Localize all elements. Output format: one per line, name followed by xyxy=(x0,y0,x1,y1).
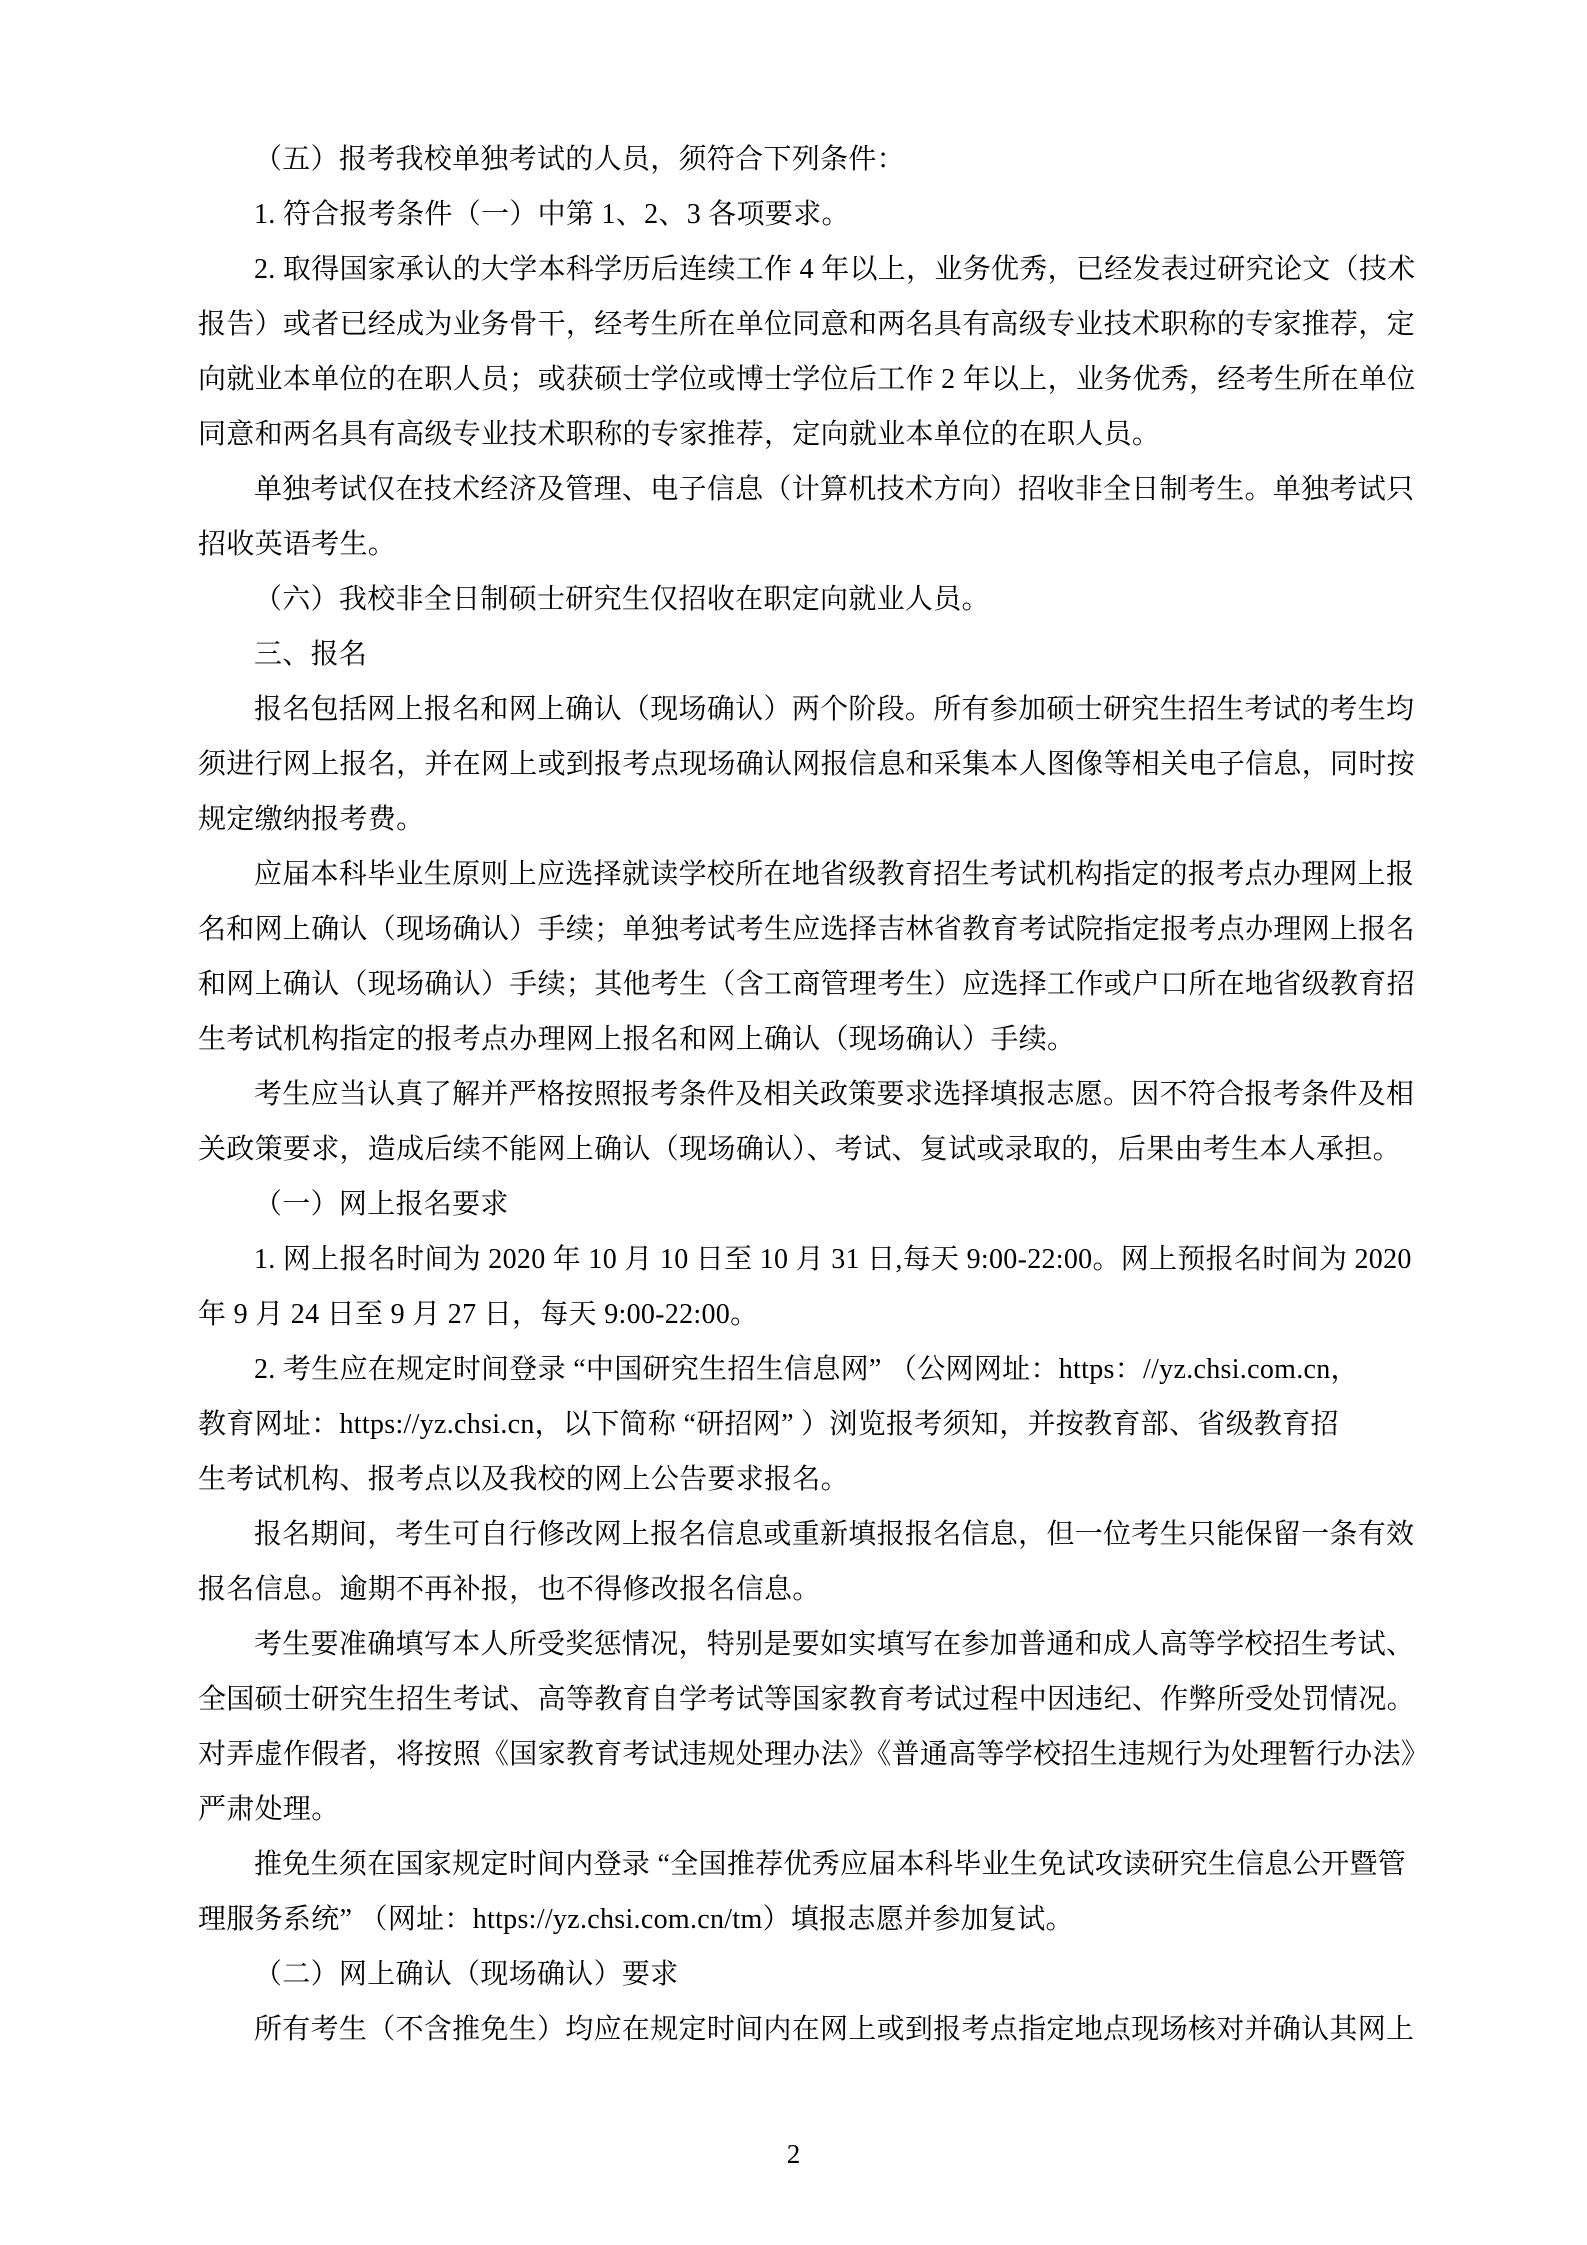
text-line: （二）网上确认（现场确认）要求 xyxy=(198,1947,1498,2002)
text-line: 严肃处理。 xyxy=(198,1782,1498,1837)
text-line: 须进行网上报名，并在网上或到报考点现场确认网报信息和采集本人图像等相关电子信息，… xyxy=(198,737,1498,792)
text-line: 考生应当认真了解并严格按照报考条件及相关政策要求选择填报志愿。因不符合报考条件及… xyxy=(198,1067,1498,1122)
text-line: 应届本科毕业生原则上应选择就读学校所在地省级教育招生考试机构指定的报考点办理网上… xyxy=(198,847,1498,902)
text-line: 教育网址：https://yz.chsi.cn，以下简称 “研招网” ）浏览报考… xyxy=(198,1397,1498,1452)
document-page: （五）报考我校单独考试的人员，须符合下列条件：1. 符合报考条件（一）中第 1、… xyxy=(0,0,1587,2245)
text-line: 名和网上确认（现场确认）手续；单独考试考生应选择吉林省教育考试院指定报考点办理网… xyxy=(198,902,1498,957)
text-line: 2. 取得国家承认的大学本科学历后连续工作 4 年以上，业务优秀，已经发表过研究… xyxy=(198,242,1498,297)
text-line: 1. 网上报名时间为 2020 年 10 月 10 日至 10 月 31 日,每… xyxy=(198,1232,1498,1287)
text-line: 报名期间，考生可自行修改网上报名信息或重新填报报名信息，但一位考生只能保留一条有… xyxy=(198,1507,1498,1562)
text-line: 对弄虚作假者，将按照《国家教育考试违规处理办法》《普通高等学校招生违规行为处理暂… xyxy=(198,1727,1498,1782)
text-line: （一）网上报名要求 xyxy=(198,1177,1498,1232)
text-line: （六）我校非全日制硕士研究生仅招收在职定向就业人员。 xyxy=(198,572,1498,627)
text-line: 全国硕士研究生招生考试、高等教育自学考试等国家教育考试过程中因违纪、作弊所受处罚… xyxy=(198,1672,1498,1727)
text-line: 所有考生（不含推免生）均应在规定时间内在网上或到报考点指定地点现场核对并确认其网… xyxy=(198,2002,1498,2057)
text-line: 报名包括网上报名和网上确认（现场确认）两个阶段。所有参加硕士研究生招生考试的考生… xyxy=(198,682,1498,737)
text-line: 2. 考生应在规定时间登录 “中国研究生招生信息网” （公网网址：https：/… xyxy=(198,1342,1498,1397)
text-line: 年 9 月 24 日至 9 月 27 日，每天 9:00-22:00。 xyxy=(198,1287,1498,1342)
text-line: 关政策要求，造成后续不能网上确认（现场确认）、考试、复试或录取的，后果由考生本人… xyxy=(198,1122,1498,1177)
text-line: 和网上确认（现场确认）手续；其他考生（含工商管理考生）应选择工作或户口所在地省级… xyxy=(198,957,1498,1012)
text-line: 生考试机构指定的报考点办理网上报名和网上确认（现场确认）手续。 xyxy=(198,1012,1498,1067)
text-line: 理服务系统” （网址：https://yz.chsi.com.cn/tm）填报志… xyxy=(198,1892,1498,1947)
text-line: 推免生须在国家规定时间内登录 “全国推荐优秀应届本科毕业生免试攻读研究生信息公开… xyxy=(198,1837,1498,1892)
text-line: 1. 符合报考条件（一）中第 1、2、3 各项要求。 xyxy=(198,187,1498,242)
text-line: 招收英语考生。 xyxy=(198,517,1498,572)
text-line: 规定缴纳报考费。 xyxy=(198,792,1498,847)
text-line: 三、报名 xyxy=(198,627,1498,682)
text-line: 报告）或者已经成为业务骨干，经考生所在单位同意和两名具有高级专业技术职称的专家推… xyxy=(198,297,1498,352)
text-line: 考生要准确填写本人所受奖惩情况，特别是要如实填写在参加普通和成人高等学校招生考试… xyxy=(198,1617,1498,1672)
text-line: 报名信息。逾期不再补报，也不得修改报名信息。 xyxy=(198,1562,1498,1617)
text-line: （五）报考我校单独考试的人员，须符合下列条件： xyxy=(198,132,1498,187)
text-line: 同意和两名具有高级专业技术职称的专家推荐，定向就业本单位的在职人员。 xyxy=(198,407,1498,462)
text-line: 单独考试仅在技术经济及管理、电子信息（计算机技术方向）招收非全日制考生。单独考试… xyxy=(198,462,1498,517)
text-line: 生考试机构、报考点以及我校的网上公告要求报名。 xyxy=(198,1452,1498,1507)
page-number: 2 xyxy=(0,2138,1587,2170)
document-body: （五）报考我校单独考试的人员，须符合下列条件：1. 符合报考条件（一）中第 1、… xyxy=(198,132,1498,2057)
text-line: 向就业本单位的在职人员；或获硕士学位或博士学位后工作 2 年以上，业务优秀，经考… xyxy=(198,352,1498,407)
